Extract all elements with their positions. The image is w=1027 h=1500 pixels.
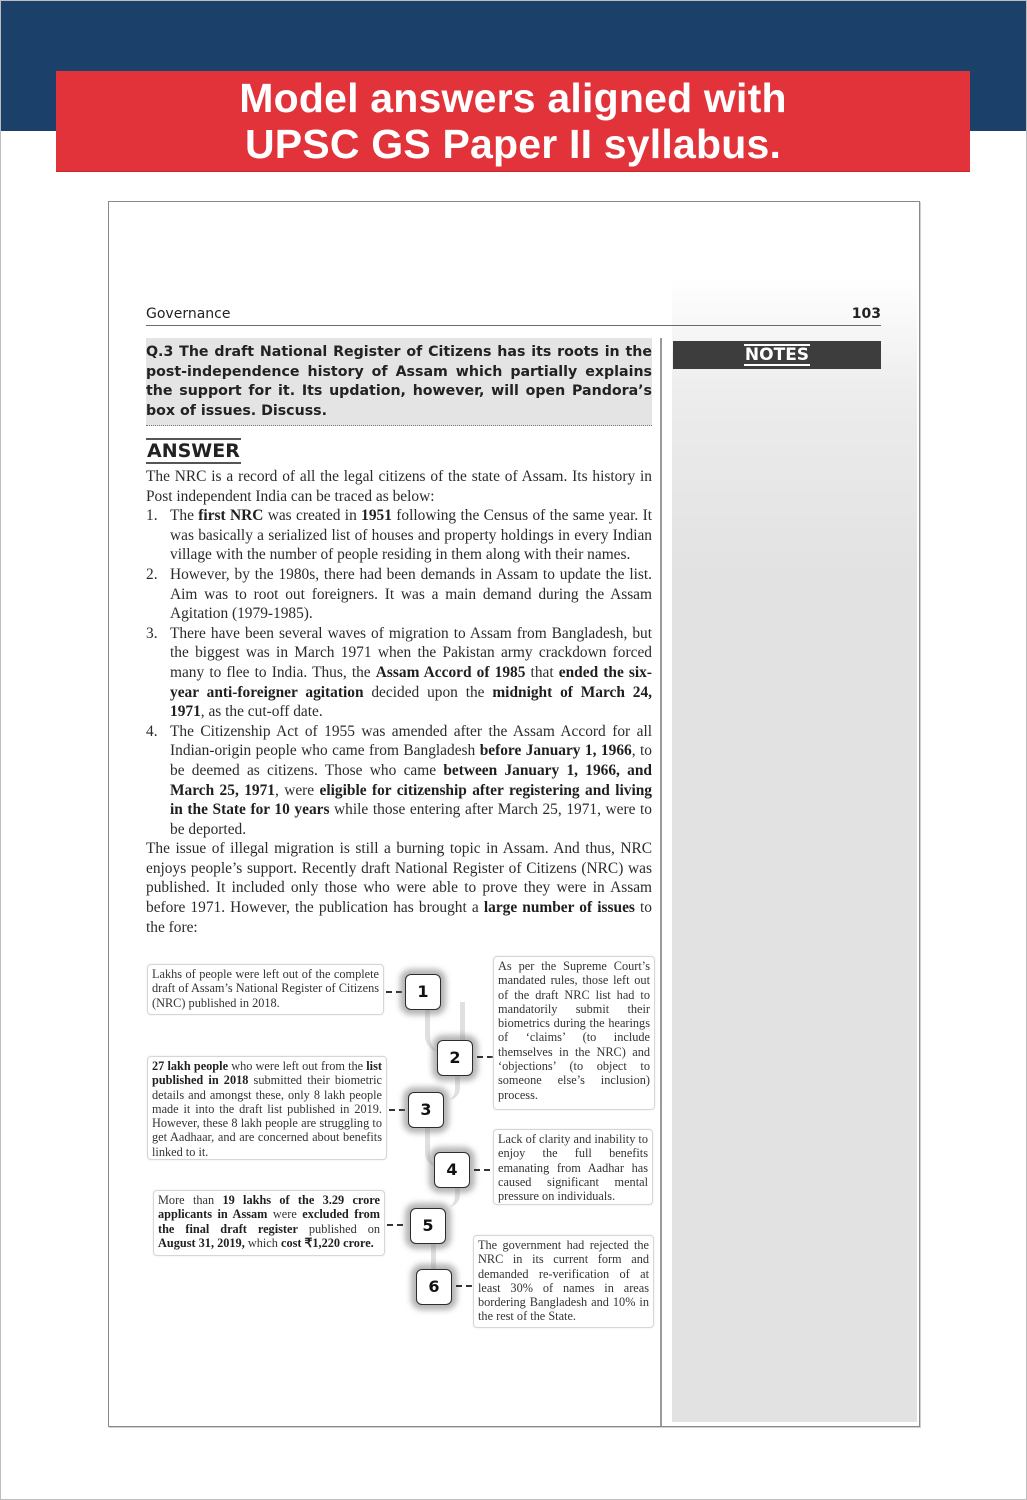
history-point-1: 1.The first NRC was created in 1951 foll… bbox=[146, 506, 652, 565]
dash-connector-3 bbox=[389, 1109, 405, 1111]
notes-column bbox=[672, 277, 917, 1422]
issue-callout-1: Lakhs of people were left out of the com… bbox=[147, 964, 384, 1015]
intro-paragraph: The NRC is a record of all the legal cit… bbox=[146, 467, 652, 506]
history-point-2: 2.However, by the 1980s, there had been … bbox=[146, 565, 652, 624]
issue-badge-2: 2 bbox=[437, 1040, 473, 1076]
banner-line-2: UPSC GS Paper II syllabus. bbox=[56, 121, 970, 167]
connector-5-6 bbox=[431, 1242, 436, 1270]
dash-connector-6 bbox=[456, 1285, 472, 1287]
running-header: Governance 103 bbox=[146, 305, 881, 326]
issue-callout-3: 27 lakh people who were left out from th… bbox=[147, 1056, 387, 1160]
notes-header: NOTES bbox=[673, 341, 881, 369]
issue-badge-3: 3 bbox=[408, 1092, 444, 1128]
issue-badge-5: 5 bbox=[410, 1208, 446, 1244]
issue-callout-6: The government had rejected the NRC in i… bbox=[473, 1235, 654, 1328]
promo-banner: Model answers aligned with UPSC GS Paper… bbox=[56, 71, 970, 171]
answer-body: The NRC is a record of all the legal cit… bbox=[146, 467, 652, 937]
notes-label: NOTES bbox=[744, 344, 810, 366]
column-divider bbox=[660, 338, 662, 1426]
issue-badge-4: 4 bbox=[434, 1152, 470, 1188]
issue-callout-2: As per the Supreme Court’s mandated rule… bbox=[493, 956, 655, 1110]
question-box: Q.3 The draft National Register of Citiz… bbox=[146, 338, 652, 426]
book-page: Governance 103 NOTES Q.3 The draft Natio… bbox=[108, 201, 920, 1427]
issue-badge-1: 1 bbox=[405, 974, 441, 1010]
section-title: Governance bbox=[146, 306, 230, 322]
history-list: 1.The first NRC was created in 1951 foll… bbox=[146, 506, 652, 839]
issue-callout-5: More than 19 lakhs of the 3.29 crore app… bbox=[153, 1190, 385, 1256]
history-point-3: 3.There have been several waves of migra… bbox=[146, 624, 652, 722]
issue-badge-6: 6 bbox=[416, 1269, 452, 1305]
banner-line-1: Model answers aligned with bbox=[56, 75, 970, 121]
answer-heading: ANSWER bbox=[146, 438, 241, 464]
dash-connector-4 bbox=[474, 1169, 490, 1171]
history-point-4: 4.The Citizenship Act of 1955 was amende… bbox=[146, 722, 652, 840]
dash-connector-5 bbox=[387, 1224, 403, 1226]
dash-connector-1 bbox=[386, 991, 402, 993]
page-number: 103 bbox=[852, 306, 881, 322]
dash-connector-2 bbox=[477, 1056, 493, 1058]
issue-callout-4: Lack of clarity and inability to enjoy t… bbox=[493, 1129, 653, 1205]
connector-4-5 bbox=[431, 1187, 460, 1207]
conclusion-paragraph: The issue of illegal migration is still … bbox=[146, 839, 652, 937]
